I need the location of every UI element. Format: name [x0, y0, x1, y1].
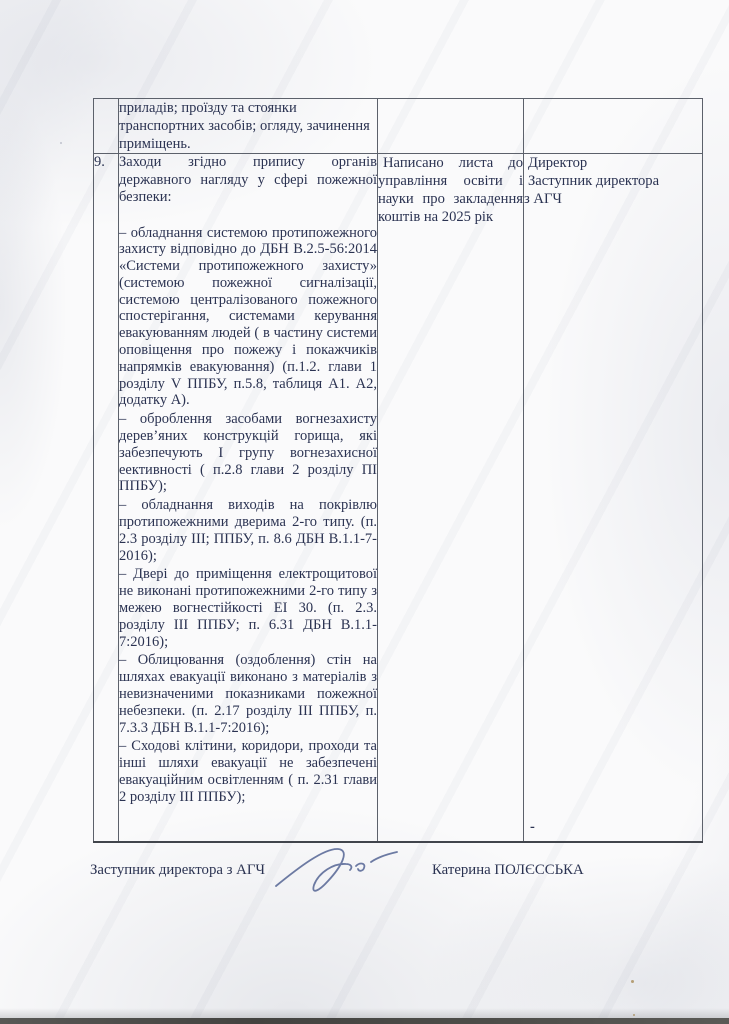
paper-speck [631, 980, 634, 983]
handwritten-signature [270, 838, 400, 908]
responsible-note-dash: - [530, 819, 535, 836]
signatory-position: Заступник директора з АГЧ [90, 862, 265, 879]
measure-item: – Сходові клітини, коридори, проходи та … [119, 738, 377, 805]
responsible-cell: Директор Заступник директора з АГЧ - [524, 154, 703, 843]
measure-item: – оброблення засобами вогнезахисту дерев… [119, 411, 377, 495]
scan-bottom-shadow [0, 1008, 729, 1018]
row-number-cell: 9. [94, 154, 119, 843]
action-cell-empty [378, 99, 524, 154]
fire-safety-measures-table: приладів; проїзду та стоянки транспортни… [93, 98, 703, 843]
table-row: приладів; проїзду та стоянки транспортни… [94, 99, 703, 154]
action-cell: Написано листа до управління освіти і на… [378, 154, 524, 843]
paper-speck [633, 1014, 635, 1016]
scan-bottom-edge [0, 1018, 729, 1024]
scanned-document-page: приладів; проїзду та стоянки транспортни… [0, 0, 729, 1024]
action-text: Написано листа до управління освіти і на… [378, 154, 523, 226]
measure-cell: приладів; проїзду та стоянки транспортни… [119, 99, 378, 154]
responsible-line: Директор [524, 154, 702, 172]
measure-item: – обладнання виходів на покрівлю протипо… [119, 497, 377, 564]
measure-item: – Облицювання (оздоблення) стін на шляха… [119, 652, 377, 736]
measure-cell: Заходи згідно припису органів державного… [119, 154, 378, 843]
measure-intro: Заходи згідно припису органів державного… [119, 154, 377, 207]
row-number-cell [94, 99, 119, 154]
responsible-line: Заступник директора [524, 172, 702, 190]
paper-speck [60, 142, 62, 144]
table-row: 9. Заходи згідно припису органів державн… [94, 154, 703, 843]
responsible-line: з АГЧ [524, 190, 702, 208]
measure-item: – Двері до приміщення електрощитової не … [119, 566, 377, 650]
signatory-name: Катерина ПОЛЄССЬКА [432, 862, 584, 879]
responsible-cell-empty [524, 99, 703, 154]
measure-item: – обладнання системою протипожежного зах… [119, 225, 377, 410]
signature-block: Заступник директора з АГЧ Катерина ПОЛЄС… [0, 856, 729, 926]
measure-text-fragment: приладів; проїзду та стоянки транспортни… [119, 99, 377, 153]
